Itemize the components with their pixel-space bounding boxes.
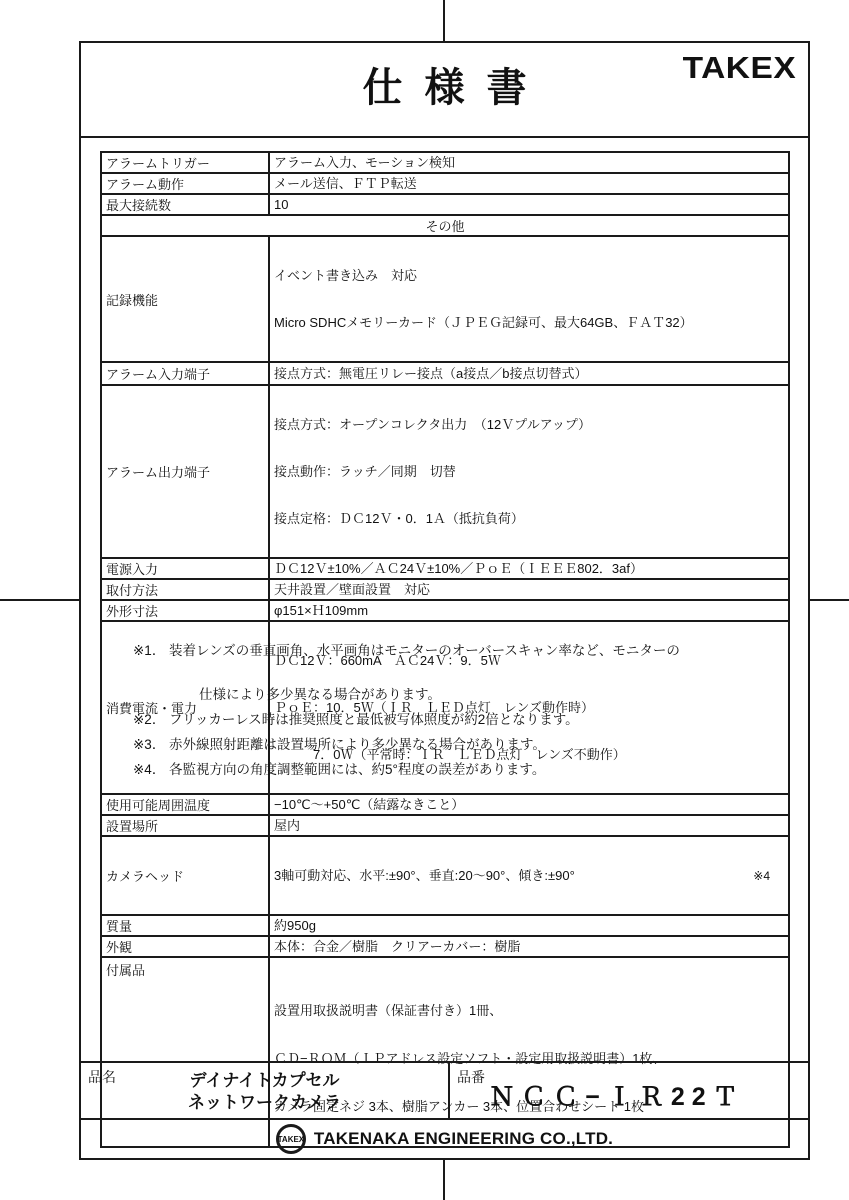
table-row: 外観 本体：合金／樹脂 クリアーカバー：樹脂 (101, 936, 789, 957)
row-value: 接点動作：ラッチ／同期 切替 (274, 463, 784, 480)
row-label: 最大接続数 (101, 194, 269, 215)
row-label: 外観 (101, 936, 269, 957)
footnote: ※2． フリッカーレス時は推奨照度と最低被写体照度が約2倍となります。 (133, 709, 795, 731)
footnote-text: 装着レンズの垂直画角、水平画角はモニターのオーバースキャン率など、モニターの (169, 643, 680, 658)
row-value: φ151×Ｈ109mm (274, 602, 784, 619)
table-row: 使用可能周囲温度 −10℃～+50℃（結露なきこと） (101, 794, 789, 815)
table-section-row: その他 (101, 215, 789, 236)
footnote-text: フリッカーレス時は推奨照度と最低被写体照度が約2倍となります。 (169, 709, 579, 731)
footnote: ※4． 各監視方向の角度調整範囲には、約5°程度の誤差があります。 (133, 759, 795, 781)
row-value: 接点方式：オープンコレクタ出力 （12Ｖプルアップ） (274, 416, 784, 433)
row-value: メール送信、ＦＴＰ転送 (274, 175, 784, 192)
table-row: アラーム出力端子 接点方式：オープンコレクタ出力 （12Ｖプルアップ） 接点動作… (101, 385, 789, 558)
product-id-row: 品名 デイナイトカプセル ネットワークカメラ 品番 ＮＣＣ−ＩＲ22Ｔ (81, 1061, 808, 1118)
table-row: アラーム入力端子 接点方式：無電圧リレー接点（a接点／b接点切替式） (101, 362, 789, 385)
product-name-line2: ネットワークカメラ (188, 1093, 341, 1112)
row-label: 記録機能 (101, 236, 269, 362)
company-name: TAKENAKA ENGINEERING CO.,LTD. (314, 1129, 613, 1149)
page-header: 仕様書 TAKEX (81, 43, 808, 138)
row-value: 約950g (274, 917, 784, 934)
row-value: −10℃～+50℃（結露なきこと） (274, 796, 784, 813)
row-label: カメラヘッド (101, 836, 269, 915)
row-value: アラーム入力、モーション検知 (274, 154, 784, 171)
footnote: ※3． 赤外線照射距離は設置場所により多少異なる場合があります。 (133, 734, 795, 756)
center-mark-left (0, 599, 80, 601)
row-label: アラーム出力端子 (101, 385, 269, 558)
footnote-text: 各監視方向の角度調整範囲には、約5°程度の誤差があります。 (169, 759, 545, 781)
row-value: 接点方式：無電圧リレー接点（a接点／b接点切替式） (274, 365, 784, 382)
center-mark-bottom (443, 1159, 445, 1200)
row-label: 外形寸法 (101, 600, 269, 621)
center-mark-right (807, 599, 849, 601)
row-value: 屋内 (274, 817, 784, 834)
section-header: その他 (101, 215, 789, 236)
row-label: 取付方法 (101, 579, 269, 600)
row-value: 設置用取扱説明書（保証書付き）1冊、 (274, 1002, 784, 1020)
footnote-marker: ※1． (133, 640, 169, 706)
row-value: 3軸可動対応、水平:±90°、垂直:20～90°、傾き:±90° (274, 867, 575, 884)
table-row: 取付方法 天井設置／壁面設置 対応 (101, 579, 789, 600)
row-value: 天井設置／壁面設置 対応 (274, 581, 784, 598)
takex-logo: TAKEX (682, 50, 796, 86)
row-label: 使用可能周囲温度 (101, 794, 269, 815)
row-value: 接点定格：ＤＣ12Ｖ・0．1Ａ（抵抗負荷） (274, 510, 784, 527)
spec-sheet-page: 仕様書 TAKEX アラームトリガー アラーム入力、モーション検知 アラーム動作… (0, 0, 849, 1200)
table-row: 設置場所 屋内 (101, 815, 789, 836)
table-row: カメラヘッド 3軸可動対応、水平:±90°、垂直:20～90°、傾き:±90° … (101, 836, 789, 915)
row-label: アラームトリガー (101, 152, 269, 173)
footnote-text: 赤外線照射距離は設置場所により多少異なる場合があります。 (169, 734, 546, 756)
row-label: アラーム入力端子 (101, 362, 269, 385)
row-value: 本体：合金／樹脂 クリアーカバー：樹脂 (274, 938, 784, 955)
bottom-section: 品名 デイナイトカプセル ネットワークカメラ 品番 ＮＣＣ−ＩＲ22Ｔ TAKE… (81, 1061, 808, 1158)
table-row: 記録機能 イベント書き込み 対応 Micro SDHCメモリーカード（ＪＰＥＧ記… (101, 236, 789, 362)
page-frame: 仕様書 TAKEX アラームトリガー アラーム入力、モーション検知 アラーム動作… (79, 41, 810, 1160)
row-value: 10 (274, 196, 784, 213)
footnote-marker: ※2． (133, 709, 169, 731)
table-row: アラームトリガー アラーム入力、モーション検知 (101, 152, 789, 173)
table-row: 質量 約950g (101, 915, 789, 936)
company-footer: TAKEX TAKENAKA ENGINEERING CO.,LTD. (81, 1118, 808, 1158)
product-name-cell: 品名 デイナイトカプセル ネットワークカメラ (81, 1063, 450, 1118)
row-label: アラーム動作 (101, 173, 269, 194)
table-row: 電源入力 ＤＣ12Ｖ±10%／ＡＣ24Ｖ±10%／ＰｏＥ（ＩＥＥＥ802．3af… (101, 558, 789, 579)
row-value: イベント書き込み 対応 (274, 267, 784, 284)
footnote-marker: ※3． (133, 734, 169, 756)
row-value: Micro SDHCメモリーカード（ＪＰＥＧ記録可、最大64GB、ＦＡＴ32） (274, 314, 784, 331)
row-label: 電源入力 (101, 558, 269, 579)
product-number-value: ＮＣＣ−ＩＲ22Ｔ (450, 1077, 784, 1113)
footnote-text: 仕様により多少異なる場合があります。 (199, 687, 441, 702)
row-label: 設置場所 (101, 815, 269, 836)
footnote-marker: ※4． (133, 759, 169, 781)
footnote-reference: ※4 (753, 869, 770, 883)
table-row: 外形寸法 φ151×Ｈ109mm (101, 600, 789, 621)
row-label: 質量 (101, 915, 269, 936)
table-row: 最大接続数 10 (101, 194, 789, 215)
center-mark-top (443, 0, 445, 42)
row-value: ＤＣ12Ｖ±10%／ＡＣ24Ｖ±10%／ＰｏＥ（ＩＥＥＥ802．3af） (274, 560, 784, 577)
product-name-line1: デイナイトカプセル (190, 1071, 340, 1090)
product-number-cell: 品番 ＮＣＣ−ＩＲ22Ｔ (450, 1063, 808, 1118)
takex-circle-logo: TAKEX (276, 1124, 306, 1154)
footnotes: ※1． 装着レンズの垂直画角、水平画角はモニターのオーバースキャン率など、モニタ… (133, 640, 795, 784)
table-row: アラーム動作 メール送信、ＦＴＰ転送 (101, 173, 789, 194)
footnote: ※1． 装着レンズの垂直画角、水平画角はモニターのオーバースキャン率など、モニタ… (133, 640, 795, 706)
